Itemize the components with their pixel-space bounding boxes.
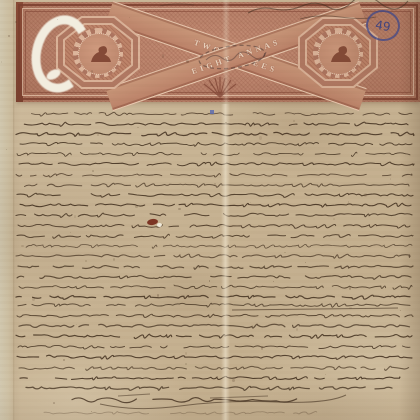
dirt-speck xyxy=(261,346,263,350)
handwriting-line xyxy=(17,193,413,197)
dirt-speck xyxy=(135,205,138,208)
dirt-speck xyxy=(273,281,274,282)
dirt-speck xyxy=(400,310,401,311)
handwriting-line xyxy=(16,132,414,136)
handwriting-line xyxy=(20,142,412,146)
dirt-speck xyxy=(173,284,175,286)
handwriting-line xyxy=(16,295,410,299)
dirt-speck xyxy=(348,201,349,203)
dirt-speck xyxy=(70,232,71,233)
dirt-speck xyxy=(333,218,335,220)
paper-edge-seam xyxy=(13,0,15,420)
handwriting-line xyxy=(17,152,410,156)
handwriting-line xyxy=(18,224,410,228)
dirt-speck xyxy=(250,202,251,203)
dirt-speck xyxy=(32,297,35,301)
handwriting-line xyxy=(16,334,412,338)
dirt-speck xyxy=(63,359,65,361)
document-scan: TWO RUPEES EIGHT ANNAS xyxy=(0,0,420,420)
dirt-speck xyxy=(325,374,326,375)
dirt-speck xyxy=(284,252,286,253)
handwriting-line xyxy=(17,276,411,280)
fold-crease-lower xyxy=(221,104,230,420)
handwriting-line xyxy=(19,285,412,289)
white-paper-fleck xyxy=(157,223,162,227)
handwriting-line xyxy=(44,412,332,415)
dirt-speck xyxy=(92,170,94,172)
dirt-speck xyxy=(76,324,77,325)
handwriting-line xyxy=(18,303,412,307)
handwriting-line xyxy=(26,244,412,248)
dirt-speck xyxy=(53,402,55,404)
dirt-speck xyxy=(214,183,216,185)
lion-emblem-icon xyxy=(326,41,352,67)
dirt-speck xyxy=(246,133,248,135)
blue-ink-fleck xyxy=(210,110,214,114)
underline-stroke xyxy=(232,308,398,310)
handwriting-line xyxy=(16,174,412,178)
handwriting-line xyxy=(25,183,410,187)
dirt-speck xyxy=(259,136,262,140)
circled-number-text: 49 xyxy=(374,17,391,33)
handwriting-line xyxy=(26,386,392,390)
dirt-speck xyxy=(296,328,298,331)
dirt-speck xyxy=(365,308,366,309)
handwriting-line xyxy=(72,398,346,403)
handwriting-line xyxy=(17,355,412,359)
handwriting-line xyxy=(19,366,409,370)
dirt-speck xyxy=(178,208,181,210)
signature-dashes xyxy=(118,394,268,398)
dirt-speck xyxy=(185,352,187,355)
dirt-speck xyxy=(21,245,24,247)
dirt-speck xyxy=(349,307,352,309)
dirt-speck xyxy=(91,411,92,412)
dirt-speck xyxy=(390,178,391,180)
handwriting-line xyxy=(16,254,410,258)
handwriting-line xyxy=(24,122,408,126)
handwriting-line xyxy=(18,345,410,349)
dirt-speck xyxy=(364,193,367,197)
handwriting-line xyxy=(20,203,411,207)
handwriting-line xyxy=(19,162,414,166)
dirt-speck xyxy=(113,258,115,261)
dirt-speck xyxy=(137,127,139,128)
dirt-speck xyxy=(209,280,210,282)
handwriting-line xyxy=(18,265,413,269)
handwriting-line xyxy=(17,234,413,238)
dirt-speck xyxy=(349,287,351,290)
handwriting-line xyxy=(16,213,412,217)
medallion-core xyxy=(318,33,360,75)
dirt-speck xyxy=(293,120,295,122)
dirt-speck xyxy=(305,262,306,263)
fold-crease-upper xyxy=(222,0,230,104)
dirt-speck xyxy=(185,363,187,365)
dirt-speck xyxy=(157,294,159,297)
dirt-speck xyxy=(74,215,76,218)
handwriting-line xyxy=(17,314,413,318)
handwriting-line xyxy=(19,324,411,328)
handwriting-line xyxy=(20,376,400,380)
dirt-speck xyxy=(97,134,99,136)
dirt-speck xyxy=(85,260,87,262)
dirt-speck xyxy=(232,379,235,382)
